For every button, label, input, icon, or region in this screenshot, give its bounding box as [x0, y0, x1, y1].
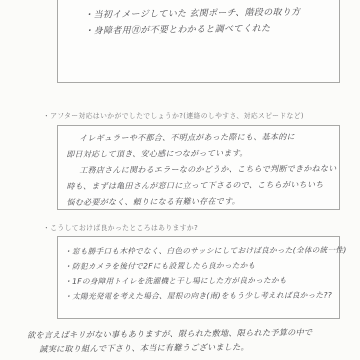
- handwritten-line: ・身障者用㊊が不要とわかると調べてくれた: [84, 20, 339, 40]
- handwritten-line: ・太陽光発電を考えた場合、屋根の向き(南)をもう少し考えれば良かった??: [64, 288, 337, 304]
- question-improvements: ・こうしておけば良かったところはありますか?: [43, 222, 198, 232]
- answer-box-improvements: ・窓も勝手口も木枠でなく、白色のサッシにしておけば良かった(全体の統一性) ・防…: [57, 236, 340, 319]
- handwritten-line: 悩む必要がなく、頼りになる有難い存在です。: [66, 193, 335, 211]
- handwritten-line: ・1Fの身障用トイレを洗濯機と干し場にした方が良かったかも: [64, 273, 337, 289]
- handwritten-line: ・防犯カメラを後付で2Fにも設置したら良かったかも: [64, 258, 337, 274]
- handwritten-answer-improvements: ・窓も勝手口も木枠でなく、白色のサッシにしておけば良かった(全体の統一性) ・防…: [58, 236, 339, 304]
- handwritten-answer-top: ・当初イメージしていた 玄関ポーチ、階段の取り方 ・身障者用㊊が不要とわかると調…: [58, 0, 340, 40]
- handwritten-line: イレギュラーや不都合、不明点があった際にも、基本的に: [66, 129, 335, 147]
- question-after-service: ・アフター対応はいかがでしたでしょうか?(連絡のしやすさ、対応スピードなど): [43, 110, 304, 120]
- answer-box-top: ・当初イメージしていた 玄関ポーチ、階段の取り方 ・身障者用㊊が不要とわかると調…: [57, 0, 340, 83]
- questionnaire-page: ・当初イメージしていた 玄関ポーチ、階段の取り方 ・身障者用㊊が不要とわかると調…: [0, 0, 360, 360]
- handwritten-line: 誠実に取り組んで下さり、本当に有難うございました。: [27, 339, 357, 356]
- answer-box-after-service: イレギュラーや不都合、不明点があった際にも、基本的に 即日対応して頂き、安心感に…: [57, 125, 340, 210]
- handwritten-answer-after-service: イレギュラーや不都合、不明点があった際にも、基本的に 即日対応して頂き、安心感に…: [58, 124, 340, 211]
- closing-remarks: 欲を言えばキリがない事もありますが、限られた敷地、限られた予算の中で 誠実に取り…: [27, 325, 357, 356]
- handwritten-line: 時も、まずは亀田さんが窓口に立って下さるので、こちらがいちいち: [66, 177, 335, 195]
- handwritten-line: 即日対応して頂き、安心感につながっています。: [66, 145, 335, 163]
- handwritten-line: ・窓も勝手口も木枠でなく、白色のサッシにしておけば良かった(全体の統一性): [64, 243, 337, 259]
- handwritten-line: 工務店さんに関わるエラーなのかどうか、こちらで判断できかねない: [66, 161, 335, 179]
